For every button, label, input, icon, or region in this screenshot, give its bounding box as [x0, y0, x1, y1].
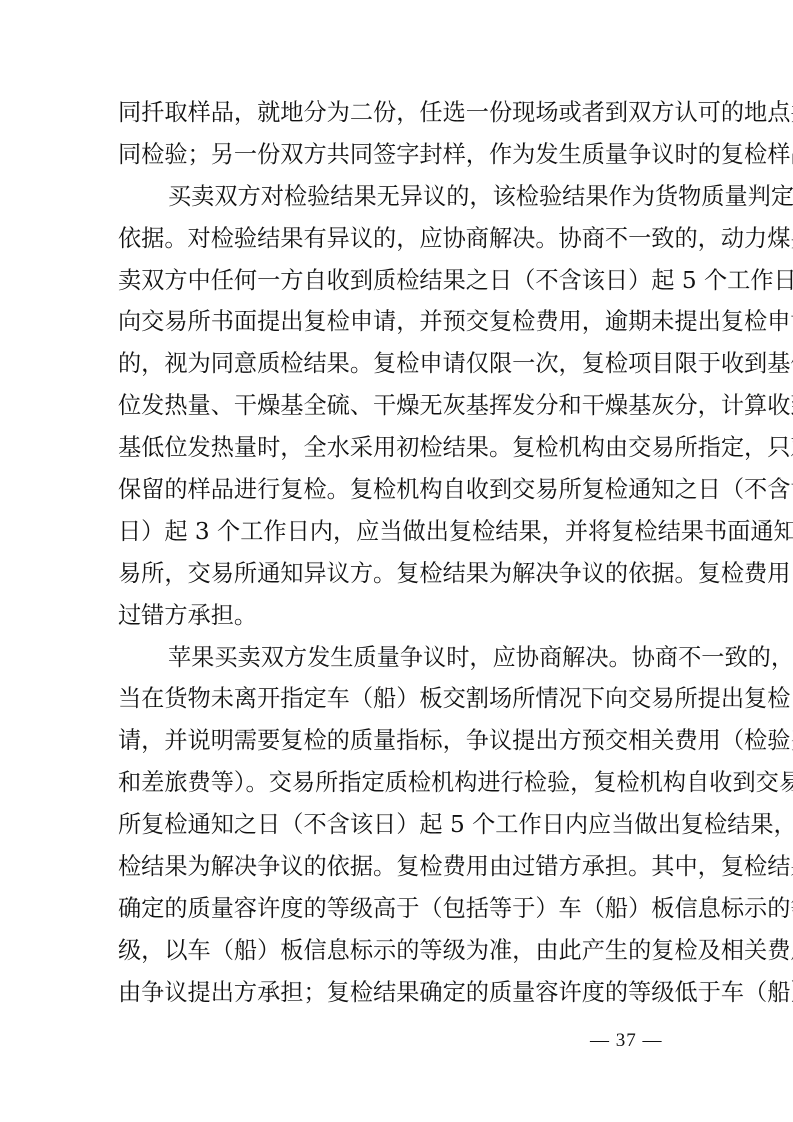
text-line: 位发热量、干燥基全硫、干燥无灰基挥发分和干燥基灰分，计算收到	[118, 385, 674, 427]
text-line: 基低位发热量时，全水采用初检结果。复检机构由交易所指定，只对	[118, 427, 674, 469]
text-line: 检结果为解决争议的依据。复检费用由过错方承担。其中，复检结果	[118, 846, 674, 888]
text-line: 的，视为同意质检结果。复检申请仅限一次，复检项目限于收到基低	[118, 343, 674, 385]
text-line: 依据。对检验结果有异议的，应协商解决。协商不一致的，动力煤买	[118, 218, 674, 260]
text-line: 卖双方中任何一方自收到质检结果之日（不含该日）起 5 个工作日内	[118, 260, 674, 302]
text-line: 所复检通知之日（不含该日）起 5 个工作日内应当做出复检结果，复	[118, 804, 674, 846]
body-text: 同扦取样品，就地分为二份，任选一份现场或者到双方认可的地点共 同检验；另一份双方…	[118, 92, 674, 1014]
text-line: 同扦取样品，就地分为二份，任选一份现场或者到双方认可的地点共	[118, 92, 674, 134]
text-line: 过错方承担。	[118, 595, 674, 637]
text-line: 当在货物未离开指定车（船）板交割场所情况下向交易所提出复检申	[118, 678, 674, 720]
text-line: 确定的质量容许度的等级高于（包括等于）车（船）板信息标示的等	[118, 888, 674, 930]
text-line: 向交易所书面提出复检申请，并预交复检费用，逾期未提出复检申请	[118, 301, 674, 343]
text-line: 级，以车（船）板信息标示的等级为准，由此产生的复检及相关费用	[118, 930, 674, 972]
text-line: 和差旅费等）。交易所指定质检机构进行检验，复检机构自收到交易	[118, 762, 674, 804]
text-line: 保留的样品进行复检。复检机构自收到交易所复检通知之日（不含该	[118, 469, 674, 511]
document-page: 同扦取样品，就地分为二份，任选一份现场或者到双方认可的地点共 同检验；另一份双方…	[0, 0, 793, 1122]
text-line: 请，并说明需要复检的质量指标，争议提出方预交相关费用（检验费	[118, 720, 674, 762]
paragraph-first-line: 买卖双方对检验结果无异议的，该检验结果作为货物质量判定的	[118, 176, 674, 218]
page-number: — 37 —	[590, 1030, 663, 1052]
text-line: 易所，交易所通知异议方。复检结果为解决争议的依据。复检费用由	[118, 553, 674, 595]
text-line: 由争议提出方承担；复检结果确定的质量容许度的等级低于车（船）	[118, 972, 674, 1014]
text-line: 日）起 3 个工作日内，应当做出复检结果，并将复检结果书面通知交	[118, 511, 674, 553]
text-line: 同检验；另一份双方共同签字封样，作为发生质量争议时的复检样品。	[118, 134, 674, 176]
paragraph-first-line: 苹果买卖双方发生质量争议时，应协商解决。协商不一致的，应	[118, 637, 674, 679]
